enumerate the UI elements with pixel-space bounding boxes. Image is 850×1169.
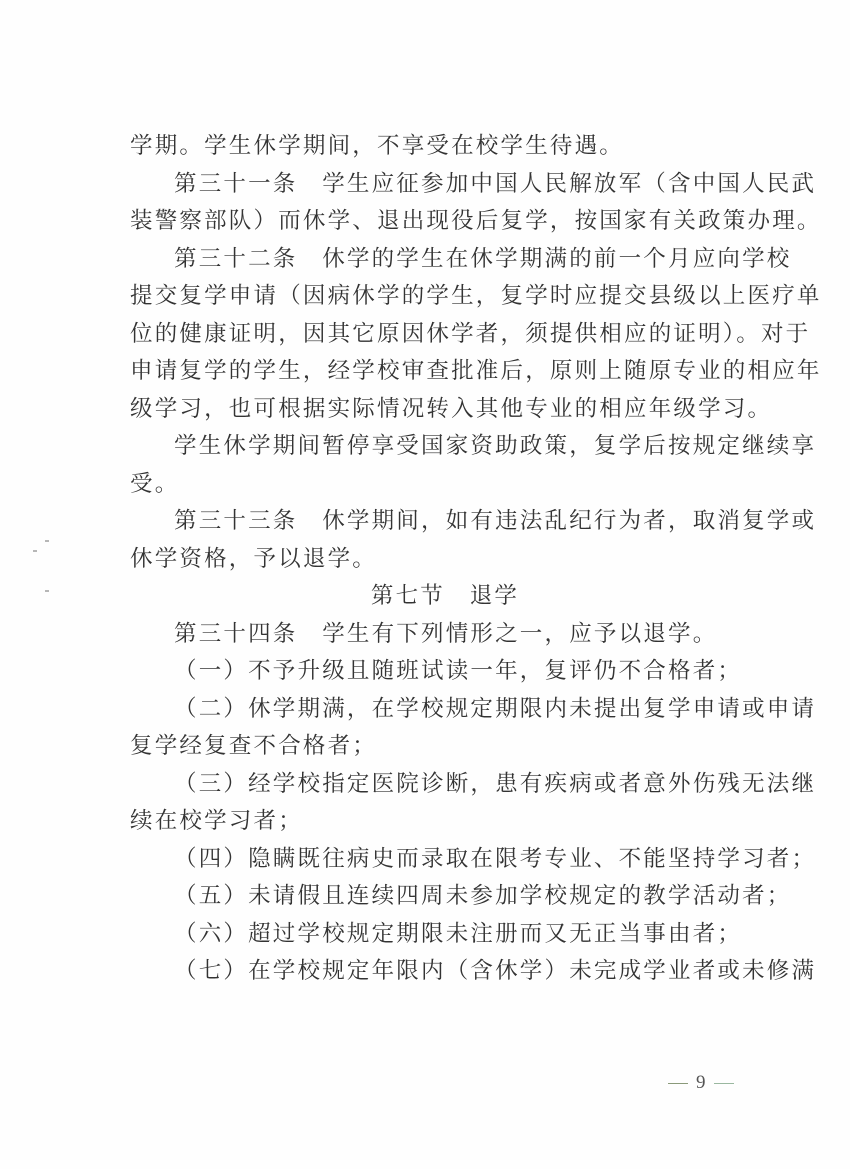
dash-right xyxy=(714,1083,734,1084)
article-31-line: 第三十一条 学生应征参加中国人民解放军（含中国人民武 xyxy=(130,166,750,204)
dash-left xyxy=(668,1083,688,1084)
margin-mark xyxy=(45,590,49,592)
text-line: 级学习，也可根据实际情况转入其他专业的相应年级学习。 xyxy=(130,391,750,429)
text-line: 学期。学生休学期间，不享受在校学生待遇。 xyxy=(130,128,750,166)
document-page: 学期。学生休学期间，不享受在校学生待遇。 第三十一条 学生应征参加中国人民解放军… xyxy=(0,0,850,1169)
document-body: 学期。学生休学期间，不享受在校学生待遇。 第三十一条 学生应征参加中国人民解放军… xyxy=(130,128,750,991)
text-line: 提交复学申请（因病休学的学生，复学时应提交县级以上医疗单 xyxy=(130,278,750,316)
list-item: （四）隐瞒既往病史而录取在限考专业、不能坚持学习者； xyxy=(130,841,750,879)
text-line: 休学资格，予以退学。 xyxy=(130,541,750,579)
list-item: （一）不予升级且随班试读一年，复评仍不合格者； xyxy=(130,653,750,691)
article-32-line: 第三十二条 休学的学生在休学期满的前一个月应向学校 xyxy=(130,241,750,279)
article-34-line: 第三十四条 学生有下列情形之一，应予以退学。 xyxy=(130,616,750,654)
page-number-value: 9 xyxy=(696,1072,706,1094)
article-33-line: 第三十三条 休学期间，如有违法乱纪行为者，取消复学或 xyxy=(130,503,750,541)
list-item: （三）经学校指定医院诊断，患有疾病或者意外伤残无法继 xyxy=(130,766,750,804)
list-item: （六）超过学校规定期限未注册而又无正当事由者； xyxy=(130,916,750,954)
text-line: 续在校学习者； xyxy=(130,803,750,841)
text-line: 受。 xyxy=(130,466,750,504)
text-line: 装警察部队）而休学、退出现役后复学，按国家有关政策办理。 xyxy=(130,203,750,241)
margin-mark xyxy=(33,550,37,552)
list-item: （五）未请假且连续四周未参加学校规定的教学活动者； xyxy=(130,878,750,916)
text-line: 学生休学期间暂停享受国家资助政策，复学后按规定继续享 xyxy=(130,428,750,466)
list-item: （二）休学期满，在学校规定期限内未提出复学申请或申请 xyxy=(130,691,750,729)
text-line: 申请复学的学生，经学校审查批准后，原则上随原专业的相应年 xyxy=(130,353,750,391)
list-item: （七）在学校规定年限内（含休学）未完成学业者或未修满 xyxy=(130,953,750,991)
section-heading: 第七节 退学 xyxy=(130,578,750,616)
page-number: 9 xyxy=(668,1072,734,1094)
margin-mark xyxy=(45,540,49,542)
text-line: 复学经复查不合格者； xyxy=(130,728,750,766)
text-line: 位的健康证明，因其它原因休学者，须提供相应的证明）。对于 xyxy=(130,316,750,354)
